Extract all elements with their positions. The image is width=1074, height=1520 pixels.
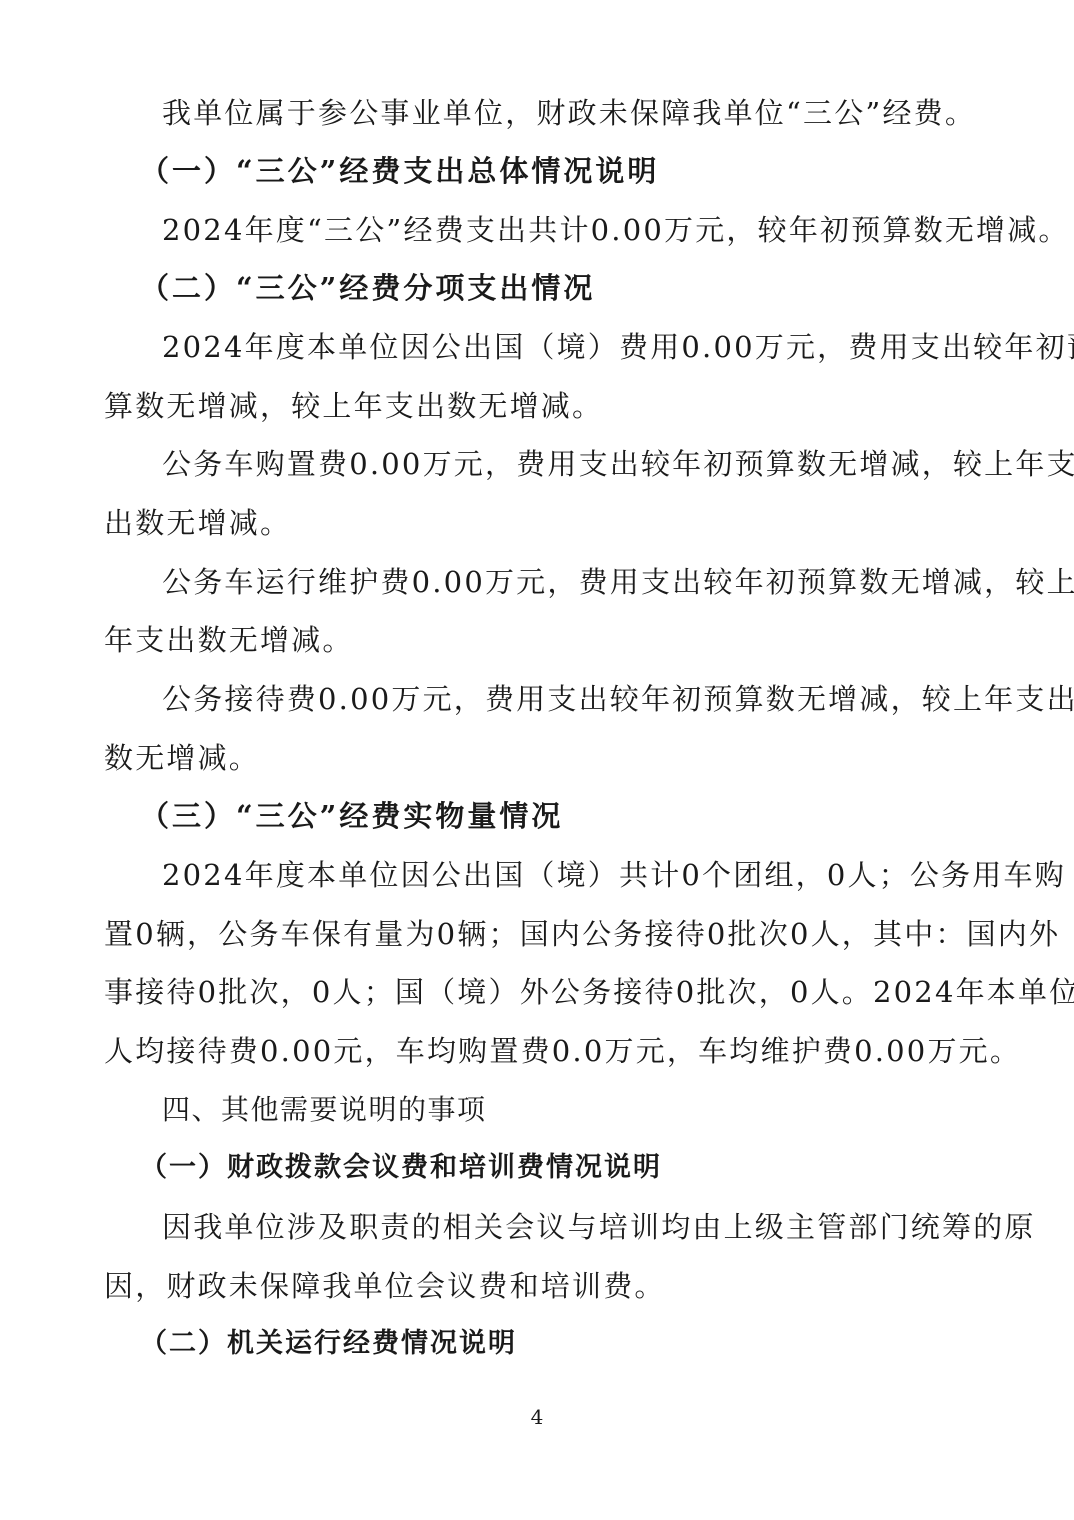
text-line: 人均接待费0.00元，车均购置费0.0万元，车均维护费0.00万元。: [104, 1031, 1021, 1071]
text-line: 我单位属于参公事业单位，财政未保障我单位“三公”经费。: [162, 93, 976, 133]
text-line: 数无增减。: [104, 738, 260, 778]
page-number: 4: [0, 1405, 1074, 1429]
text-line: 2024年度本单位因公出国（境）费用0.00万元，费用支出较年初预: [162, 327, 1074, 367]
text-line: 2024年度本单位因公出国（境）共计0个团组，0人；公务用车购: [162, 855, 1066, 895]
text-line: 公务接待费0.00万元，费用支出较年初预算数无增减，较上年支出: [162, 679, 1074, 719]
text-line: 事接待0批次，0人；国（境）外公务接待0批次，0人。2024年本单位: [104, 972, 1074, 1012]
section-heading: （三）“三公”经费实物量情况: [140, 796, 563, 836]
text-line: 因我单位涉及职责的相关会议与培训均由上级主管部门统筹的原: [162, 1207, 1036, 1247]
text-line: 年支出数无增减。: [104, 620, 354, 660]
section-heading: （二）“三公”经费分项支出情况: [140, 268, 595, 308]
section-heading: （一）财政拨款会议费和培训费情况说明: [140, 1148, 662, 1188]
text-line: 出数无增减。: [104, 503, 291, 543]
section-heading: （一）“三公”经费支出总体情况说明: [140, 151, 659, 191]
document-page: 我单位属于参公事业单位，财政未保障我单位“三公”经费。 （一）“三公”经费支出总…: [0, 0, 1074, 1520]
text-line: 算数无增减，较上年支出数无增减。: [104, 386, 603, 426]
chapter-heading: 四、其他需要说明的事项: [162, 1090, 487, 1130]
text-line: 2024年度“三公”经费支出共计0.00万元，较年初预算数无增减。: [162, 210, 1070, 250]
text-line: 置0辆，公务车保有量为0辆；国内公务接待0批次0人，其中：国内外: [104, 914, 1060, 954]
text-line: 因，财政未保障我单位会议费和培训费。: [104, 1266, 666, 1306]
text-line: 公务车运行维护费0.00万元，费用支出较年初预算数无增减，较上: [162, 562, 1074, 602]
section-heading: （二）机关运行经费情况说明: [140, 1324, 517, 1364]
text-line: 公务车购置费0.00万元，费用支出较年初预算数无增减，较上年支: [162, 444, 1074, 484]
